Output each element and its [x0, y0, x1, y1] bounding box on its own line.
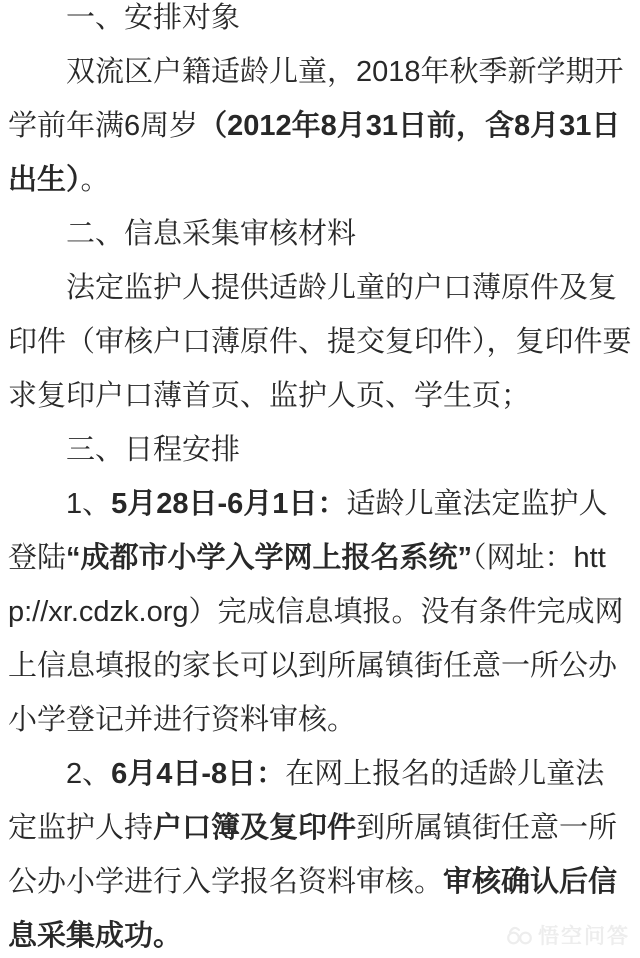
text-run: 1、	[66, 488, 111, 520]
text-run: 2、	[66, 758, 111, 790]
text-run: 法定监护人提供适龄儿童的户口薄原件及复印件（审核户口薄原件、提交复印件），复印件…	[8, 272, 632, 412]
article-body: 一、安排对象双流区户籍适龄儿童，2018年秋季新学期开学前年满6周岁（2012年…	[0, 0, 640, 958]
article-page: { "page": { "background_color": "#ffffff…	[0, 0, 640, 958]
bold-text-run: 5月28日-6月1日：	[111, 488, 346, 520]
watermark: 悟空问答	[506, 920, 630, 950]
wukong-monkey-logo-icon	[506, 924, 533, 946]
bold-text-run: 户口簿及复印件	[153, 812, 356, 844]
text-run: 二、信息采集审核材料	[66, 218, 356, 250]
paragraph: 法定监护人提供适龄儿童的户口薄原件及复印件（审核户口薄原件、提交复印件），复印件…	[8, 261, 632, 423]
paragraph: 二、信息采集审核材料	[8, 207, 632, 261]
paragraph: 三、日程安排	[8, 423, 632, 477]
text-run: 。	[81, 164, 110, 196]
text-run: 三、日程安排	[66, 434, 240, 466]
watermark-text: 悟空问答	[538, 920, 630, 950]
paragraph: 1、5月28日-6月1日：适龄儿童法定监护人登陆“成都市小学入学网上报名系统”（…	[8, 477, 632, 747]
bold-text-run: “成都市小学入学网上报名系统”	[66, 542, 472, 574]
paragraph: 双流区户籍适龄儿童，2018年秋季新学期开学前年满6周岁（2012年8月31日前…	[8, 45, 632, 207]
text-run: 一、安排对象	[66, 2, 240, 34]
bold-text-run: 6月4日-8日：	[111, 758, 285, 790]
paragraph: 一、安排对象	[8, 0, 632, 45]
